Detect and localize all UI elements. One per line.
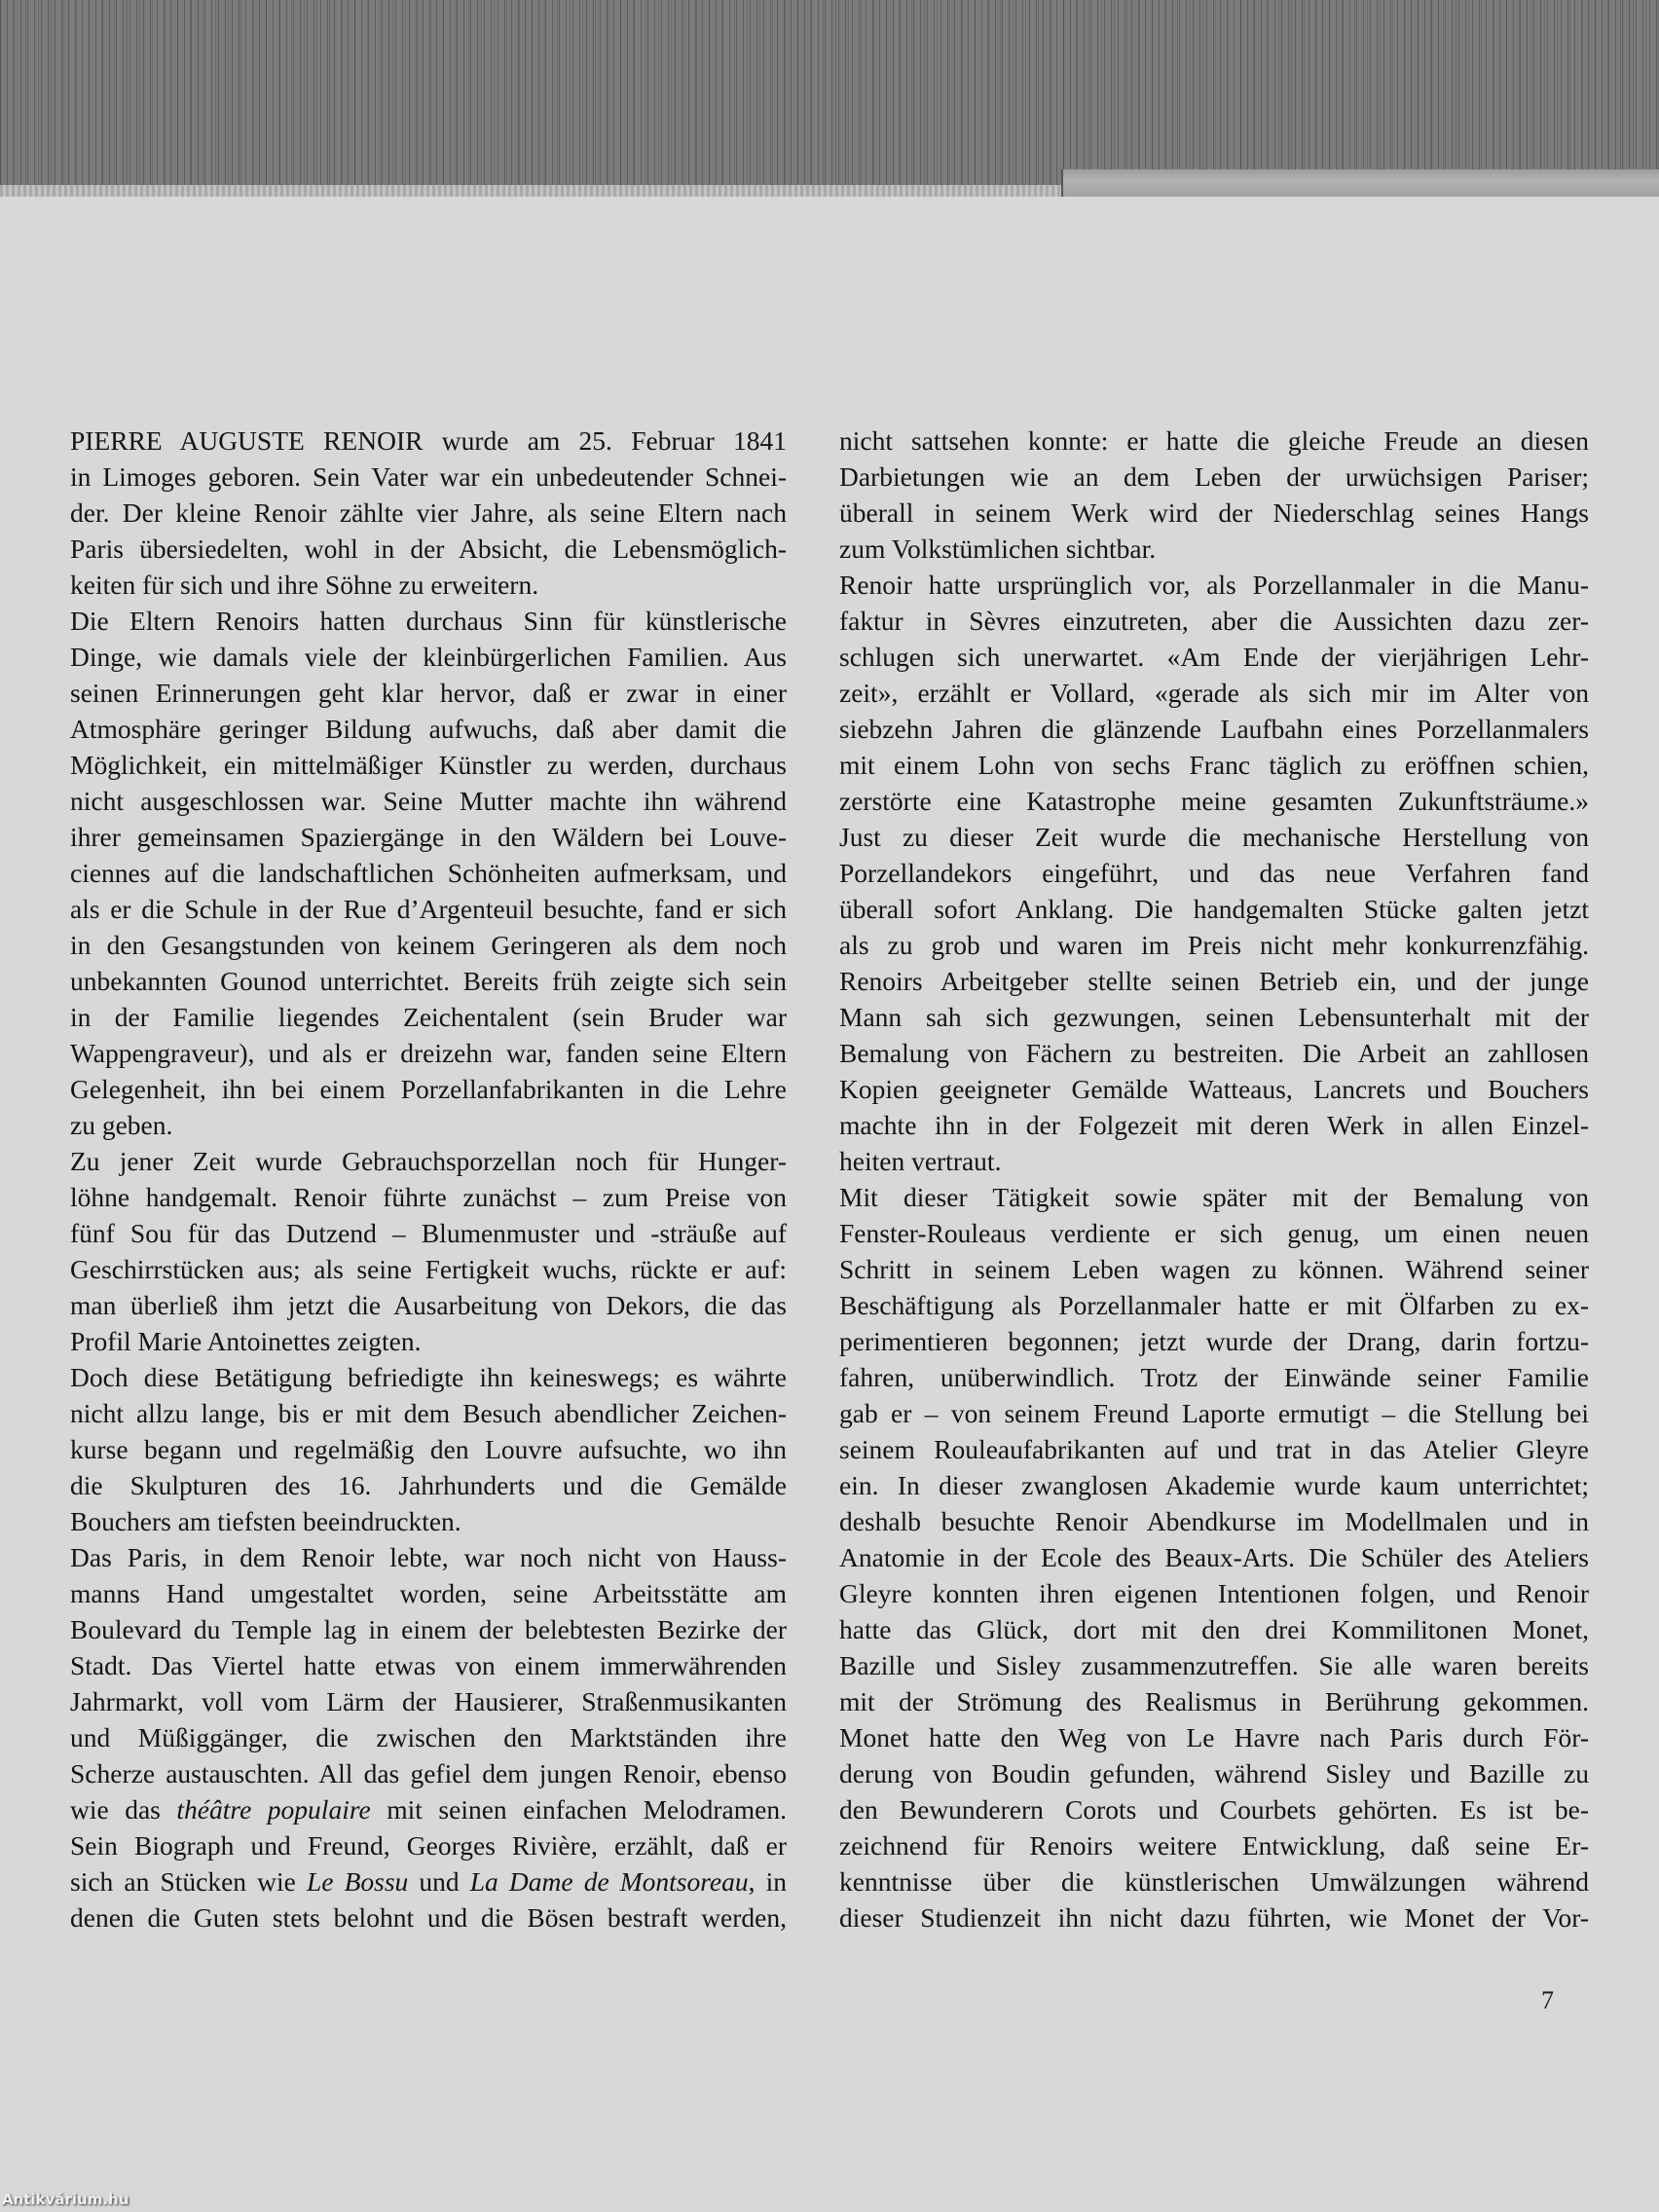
text-line: ein. In dieser zwanglosen Akademie wurde… xyxy=(839,1467,1589,1503)
text-line: dieser Studienzeit ihn nicht dazu führte… xyxy=(839,1899,1589,1935)
text-line: perimentieren begonnen; jetzt wurde der … xyxy=(839,1323,1589,1359)
text-line: nicht ausgeschlossen war. Seine Mutter m… xyxy=(70,783,787,819)
text-line: mit der Strömung des Realismus in Berühr… xyxy=(839,1683,1589,1719)
text-line: als zu grob und waren im Preis nicht meh… xyxy=(839,927,1589,963)
text-line: als er die Schule in der Rue d’Argenteui… xyxy=(70,891,787,927)
text-line: kurse begann und regelmäßig den Louvre a… xyxy=(70,1431,787,1467)
text-line: zeichnend für Renoirs weitere Entwicklun… xyxy=(839,1827,1589,1863)
text-line: Wappengraveur), und als er dreizehn war,… xyxy=(70,1035,787,1071)
text-line: Atmosphäre geringer Bildung aufwuchs, da… xyxy=(70,711,787,747)
text-line: Bouchers am tiefsten beeindruckten. xyxy=(70,1503,787,1539)
text-line: nicht sattsehen konnte: er hatte die gle… xyxy=(839,423,1589,459)
text-line: in Limoges geboren. Sein Vater war ein u… xyxy=(70,459,787,495)
text-line: Dinge, wie damals viele der kleinbürgerl… xyxy=(70,639,787,675)
text-line: Profil Marie Antoinettes zeigten. xyxy=(70,1323,787,1359)
text-line: kenntnisse über die künstlerischen Umwäl… xyxy=(839,1863,1589,1899)
adhesive-tape-strip xyxy=(1061,169,1659,197)
page-number: 7 xyxy=(1541,1986,1554,2015)
italic-title: théâtre populaire xyxy=(176,1794,370,1825)
text-line: in der Familie liegendes Zeichentalent (… xyxy=(70,999,787,1035)
text-line: nicht allzu lange, bis er mit dem Besuch… xyxy=(70,1395,787,1431)
text-segment: mit seinen einfachen Melodramen. xyxy=(371,1794,787,1825)
text-line: Gelegenheit, ihn bei einem Porzellanfabr… xyxy=(70,1071,787,1107)
text-line: überall sofort Anklang. Die handgemalten… xyxy=(839,891,1589,927)
text-line: Renoir hatte ursprünglich vor, als Porze… xyxy=(839,567,1589,603)
text-line: Fenster-Rouleaus verdiente er sich genug… xyxy=(839,1215,1589,1251)
text-line: Renoirs Arbeitgeber stellte seinen Betri… xyxy=(839,963,1589,999)
text-line: ihrer gemeinsamen Spaziergänge in den Wä… xyxy=(70,819,787,855)
book-spine-edge xyxy=(0,185,1061,197)
text-line: ciennes auf die landschaftlichen Schönhe… xyxy=(70,855,787,891)
text-line: Sein Biograph und Freund, Georges Rivièr… xyxy=(70,1827,787,1863)
text-line: zerstörte eine Katastrophe meine gesamte… xyxy=(839,783,1589,819)
text-line: Bazille und Sisley zusammenzutreffen. Si… xyxy=(839,1647,1589,1683)
text-line: Geschirrstücken aus; als seine Fertigkei… xyxy=(70,1251,787,1287)
text-line: Die Eltern Renoirs hatten durchaus Sinn … xyxy=(70,603,787,639)
text-line: in den Gesangstunden von keinem Geringer… xyxy=(70,927,787,963)
text-line: Doch diese Betätigung befriedigte ihn ke… xyxy=(70,1359,787,1395)
text-line: manns Hand umgestaltet worden, seine Arb… xyxy=(70,1575,787,1611)
text-line: Paris übersiedelten, wohl in der Absicht… xyxy=(70,531,787,567)
text-line: Porzellandekors eingeführt, und das neue… xyxy=(839,855,1589,891)
wood-backdrop xyxy=(0,0,1659,191)
italic-title: Le Bossu xyxy=(307,1866,408,1897)
text-line: überall in seinem Werk wird der Niedersc… xyxy=(839,495,1589,531)
text-line: der. Der kleine Renoir zählte vier Jahre… xyxy=(70,495,787,531)
text-line: seinem Rouleaufabrikanten auf und trat i… xyxy=(839,1431,1589,1467)
text-line: man überließ ihm jetzt die Ausarbeitung … xyxy=(70,1287,787,1323)
text-line: Monet hatte den Weg von Le Havre nach Pa… xyxy=(839,1719,1589,1755)
text-line: Schritt in seinem Leben wagen zu können.… xyxy=(839,1251,1589,1287)
text-line: gab er – von seinem Freund Laporte ermut… xyxy=(839,1395,1589,1431)
text-line: fünf Sou für das Dutzend – Blumenmuster … xyxy=(70,1215,787,1251)
text-line: zeit», erzählt er Vollard, «gerade als s… xyxy=(839,675,1589,711)
text-line: Jahrmarkt, voll vom Lärm der Hausierer, … xyxy=(70,1683,787,1719)
text-line: zum Volkstümlichen sichtbar. xyxy=(839,531,1589,567)
text-line: sich an Stücken wie Le Bossu und La Dame… xyxy=(70,1863,787,1899)
text-line: Darbietungen wie an dem Leben der urwüch… xyxy=(839,459,1589,495)
text-line: die Skulpturen des 16. Jahrhunderts und … xyxy=(70,1467,787,1503)
text-line: Das Paris, in dem Renoir lebte, war noch… xyxy=(70,1539,787,1575)
text-line: löhne handgemalt. Renoir führte zunächst… xyxy=(70,1179,787,1215)
text-line: heiten vertraut. xyxy=(839,1143,1589,1179)
text-line: wie das théâtre populaire mit seinen ein… xyxy=(70,1791,787,1827)
text-line: Zu jener Zeit wurde Gebrauchsporzellan n… xyxy=(70,1143,787,1179)
text-line: derung von Boudin gefunden, während Sisl… xyxy=(839,1755,1589,1791)
text-line: zu geben. xyxy=(70,1107,787,1143)
text-segment: wie das xyxy=(70,1794,176,1825)
text-line: Gleyre konnten ihren eigenen Intentionen… xyxy=(839,1575,1589,1611)
text-line: Bemalung von Fächern zu bestreiten. Die … xyxy=(839,1035,1589,1071)
text-line: fahren, unüberwindlich. Trotz der Einwän… xyxy=(839,1359,1589,1395)
italic-title: La Dame de Montsoreau xyxy=(470,1866,749,1897)
text-line: machte ihn in der Folgezeit mit deren We… xyxy=(839,1107,1589,1143)
text-line: Mit dieser Tätigkeit sowie später mit de… xyxy=(839,1179,1589,1215)
text-line: siebzehn Jahren die glänzende Laufbahn e… xyxy=(839,711,1589,747)
text-segment: und xyxy=(408,1866,469,1897)
text-line: hatte das Glück, dort mit den drei Kommi… xyxy=(839,1611,1589,1647)
watermark-logo: Antikvárium.hu xyxy=(2,2191,129,2208)
text-line: Just zu dieser Zeit wurde die mechanisch… xyxy=(839,819,1589,855)
text-line: mit einem Lohn von sechs Franc täglich z… xyxy=(839,747,1589,783)
text-line: seinen Erinnerungen geht klar hervor, da… xyxy=(70,675,787,711)
text-line: Anatomie in der Ecole des Beaux-Arts. Di… xyxy=(839,1539,1589,1575)
text-line: Beschäftigung als Porzellanmaler hatte e… xyxy=(839,1287,1589,1323)
text-line: unbekannten Gounod unterrichtet. Bereits… xyxy=(70,963,787,999)
text-line: Scherze austauschten. All das gefiel dem… xyxy=(70,1755,787,1791)
text-segment: sich an Stücken wie xyxy=(70,1866,307,1897)
text-line: Boulevard du Temple lag in einem der bel… xyxy=(70,1611,787,1647)
text-segment: , in xyxy=(749,1866,787,1897)
text-line: deshalb besuchte Renoir Abendkurse im Mo… xyxy=(839,1503,1589,1539)
text-line: keiten für sich und ihre Söhne zu erweit… xyxy=(70,567,787,603)
text-line: und Müßiggänger, die zwischen den Markts… xyxy=(70,1719,787,1755)
right-text-column: nicht sattsehen konnte: er hatte die gle… xyxy=(839,423,1589,1935)
text-line: den Bewunderern Corots und Courbets gehö… xyxy=(839,1791,1589,1827)
text-line: Mann sah sich gezwungen, seinen Lebensun… xyxy=(839,999,1589,1035)
text-line: Stadt. Das Viertel hatte etwas von einem… xyxy=(70,1647,787,1683)
text-line: schlugen sich unerwartet. «Am Ende der v… xyxy=(839,639,1589,675)
left-text-column: PIERRE AUGUSTE RENOIR wurde am 25. Febru… xyxy=(70,423,787,1935)
text-line: Möglichkeit, ein mittelmäßiger Künstler … xyxy=(70,747,787,783)
text-line: Kopien geeigneter Gemälde Watteaus, Lanc… xyxy=(839,1071,1589,1107)
text-line: faktur in Sèvres einzutreten, aber die A… xyxy=(839,603,1589,639)
text-line: denen die Guten stets belohnt und die Bö… xyxy=(70,1899,787,1935)
text-line: PIERRE AUGUSTE RENOIR wurde am 25. Febru… xyxy=(70,423,787,459)
